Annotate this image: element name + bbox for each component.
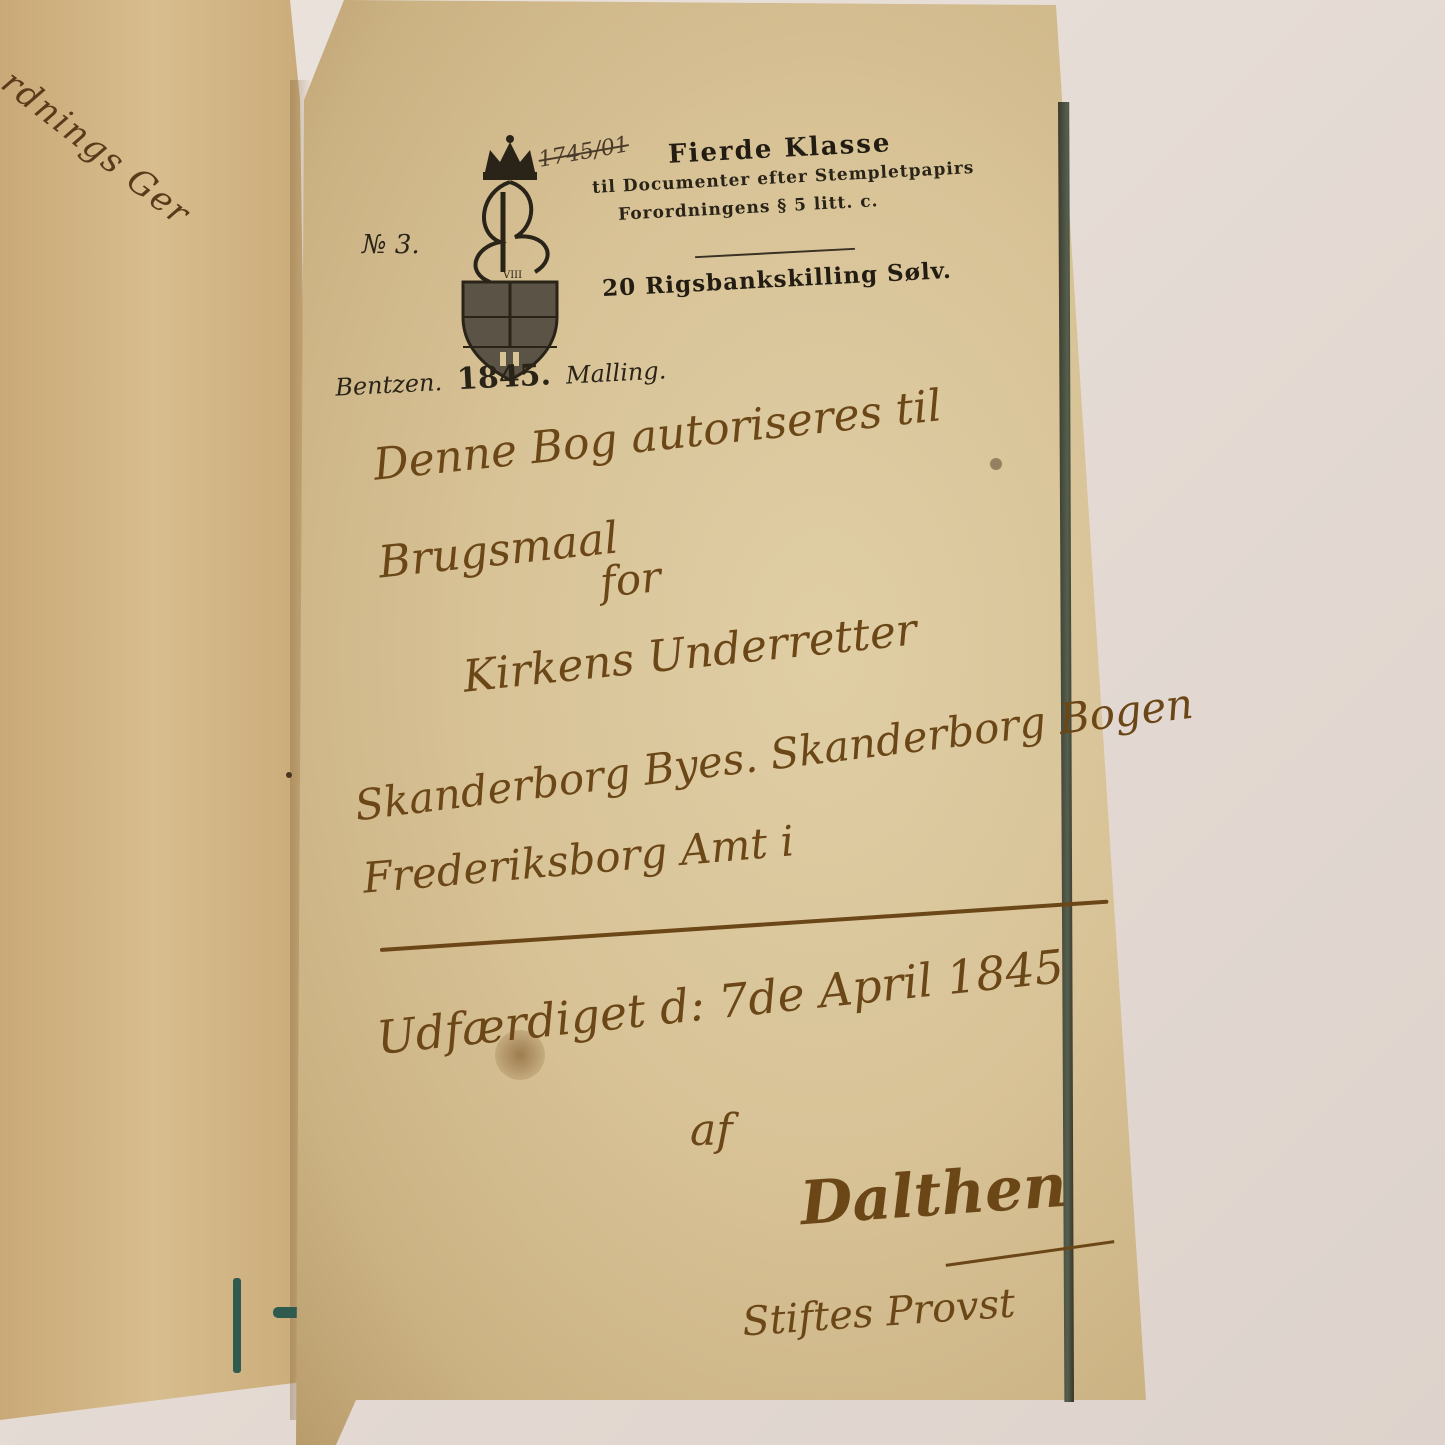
binding-thread-vertical xyxy=(233,1278,241,1373)
paper-stain xyxy=(990,458,1002,470)
document-photo: …rdnings Ger № 3. VIII 1745/01 Fierde Kl… xyxy=(0,0,1445,1445)
handwritten-by: af xyxy=(690,1105,733,1156)
ink-blot xyxy=(495,1030,545,1080)
binding-hole xyxy=(286,772,292,778)
handwritten-line-3: for xyxy=(598,552,664,607)
